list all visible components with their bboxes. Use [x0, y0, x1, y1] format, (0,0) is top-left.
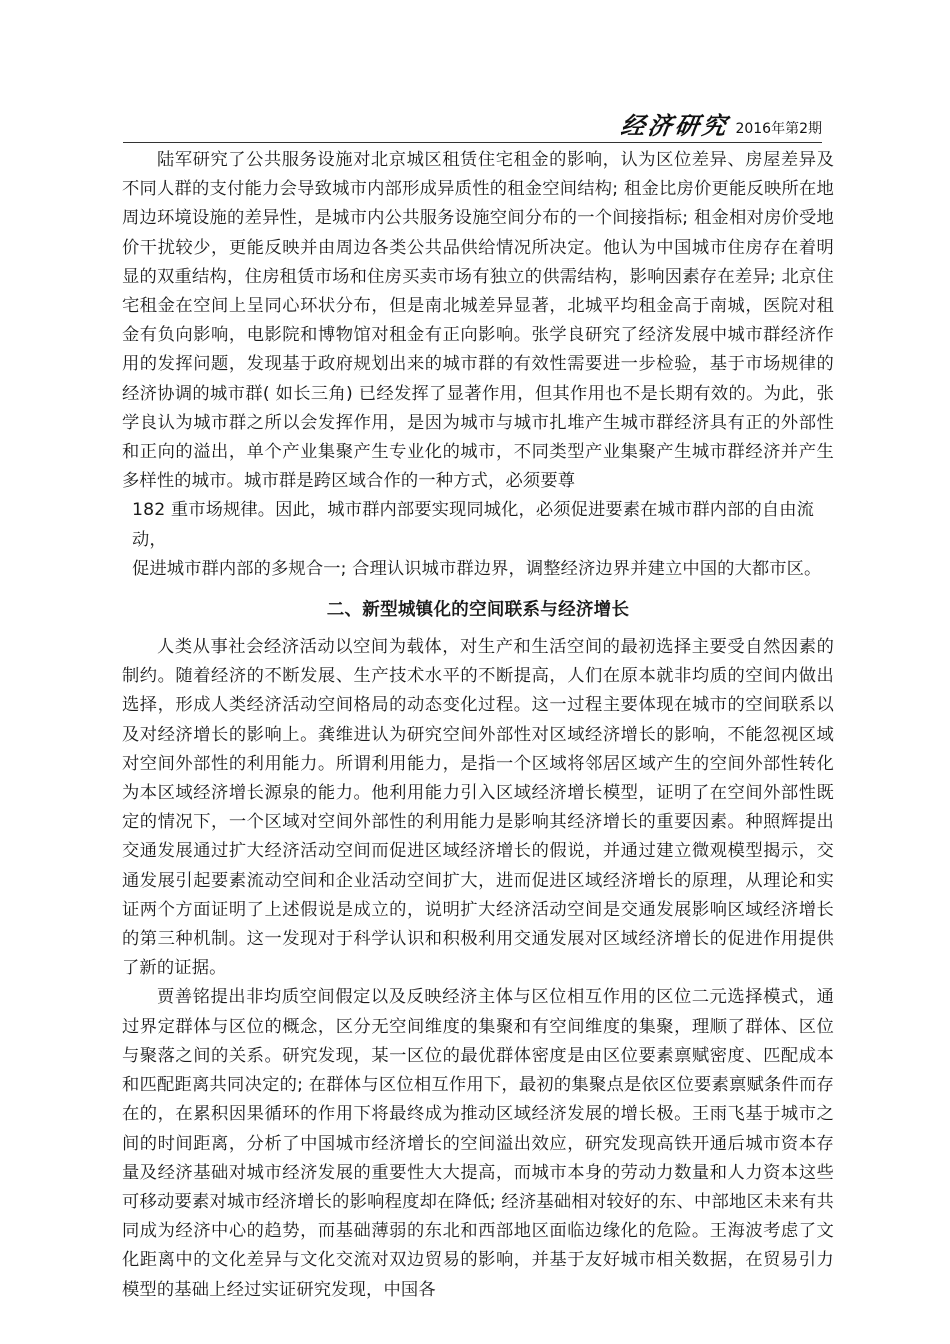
page-break-line-2: 促进城市群内部的多规合一; 合理认识城市群边界，调整经济边界并建立中国的大都市区…: [122, 555, 834, 584]
page-break-line-1: 182 重市场规律。因此，城市群内部要实现同城化，必须促进要素在城市群内部的自由…: [122, 496, 834, 554]
paragraph-lu-jun: 陆军研究了公共服务设施对北京城区租赁住宅租金的影响，认为区位差异、房屋差异及不同…: [122, 146, 834, 496]
article-body: 陆军研究了公共服务设施对北京城区租赁住宅租金的影响，认为区位差异、房屋差异及不同…: [122, 146, 834, 1305]
issue-label: 2016年第2期: [735, 119, 822, 139]
paragraph-spatial-economy: 人类从事社会经济活动以空间为载体，对生产和生活空间的最初选择主要受自然因素的制约…: [122, 633, 834, 983]
running-header: 经济研究 2016年第2期: [123, 112, 822, 143]
header-right-group: 经济研究 2016年第2期: [621, 113, 822, 139]
paragraph-jia-shanming: 贾善铭提出非均质空间假定以及反映经济主体与区位相互作用的区位二元选择模式，通过界…: [122, 983, 834, 1304]
section-title: 二、新型城镇化的空间联系与经济增长: [122, 596, 834, 624]
journal-logo: 经济研究: [620, 113, 732, 139]
